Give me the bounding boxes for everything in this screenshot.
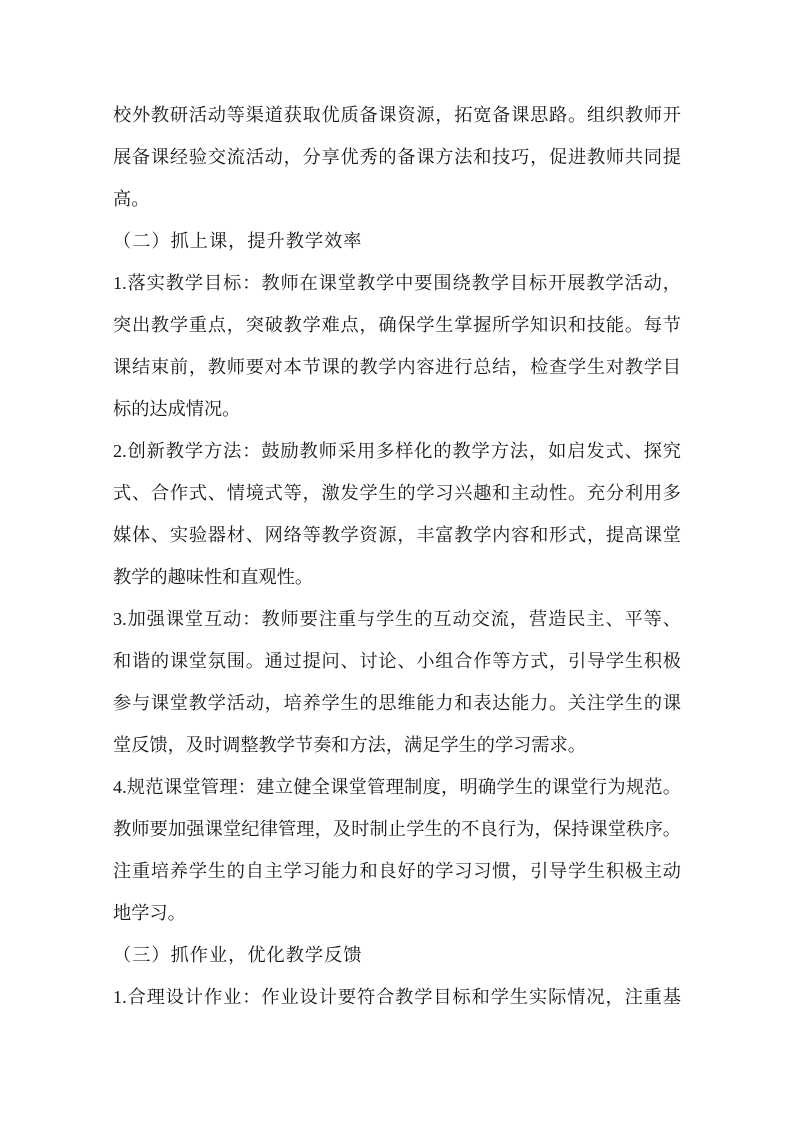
text-line: 4.规范课堂管理：建立健全课堂管理制度，明确学生的课堂行为规范。: [113, 766, 681, 808]
text-line: 和谐的课堂氛围。通过提问、讨论、小组合作等方式，引导学生积极: [113, 640, 681, 682]
text-line: 参与课堂教学活动，培养学生的思维能力和表达能力。关注学生的课: [113, 682, 681, 724]
text-line: 展备课经验交流活动，分享优秀的备课方法和技巧，促进教师共同提: [113, 136, 681, 178]
text-line: 突出教学重点，突破教学难点，确保学生掌握所学知识和技能。每节: [113, 304, 681, 346]
text-line: 注重培养学生的自主学习能力和良好的学习习惯，引导学生积极主动: [113, 850, 681, 892]
text-line: 1.合理设计作业：作业设计要符合教学目标和学生实际情况，注重基: [113, 976, 681, 1018]
text-line: 课结束前，教师要对本节课的教学内容进行总结，检查学生对教学目: [113, 346, 681, 388]
text-line: 3.加强课堂互动：教师要注重与学生的互动交流，营造民主、平等、: [113, 598, 681, 640]
text-line: 地学习。: [113, 892, 681, 934]
text-line: 标的达成情况。: [113, 388, 681, 430]
section-heading-ii: （二）抓上课，提升教学效率: [113, 220, 681, 262]
section-heading-iii: （三）抓作业，优化教学反馈: [113, 934, 681, 976]
text-line: 高。: [113, 178, 681, 220]
text-line: 堂反馈，及时调整教学节奏和方法，满足学生的学习需求。: [113, 724, 681, 766]
text-line: 校外教研活动等渠道获取优质备课资源，拓宽备课思路。组织教师开: [113, 94, 681, 136]
text-line: 教学的趣味性和直观性。: [113, 556, 681, 598]
document-page: 校外教研活动等渠道获取优质备课资源，拓宽备课思路。组织教师开 展备课经验交流活动…: [0, 0, 793, 1122]
text-line: 式、合作式、情境式等，激发学生的学习兴趣和主动性。充分利用多: [113, 472, 681, 514]
text-line: 教师要加强课堂纪律管理，及时制止学生的不良行为，保持课堂秩序。: [113, 808, 681, 850]
document-text: 校外教研活动等渠道获取优质备课资源，拓宽备课思路。组织教师开 展备课经验交流活动…: [113, 94, 681, 1018]
text-line: 1.落实教学目标：教师在课堂教学中要围绕教学目标开展教学活动，: [113, 262, 681, 304]
text-line: 2.创新教学方法：鼓励教师采用多样化的教学方法，如启发式、探究: [113, 430, 681, 472]
text-line: 媒体、实验器材、网络等教学资源，丰富教学内容和形式，提高课堂: [113, 514, 681, 556]
